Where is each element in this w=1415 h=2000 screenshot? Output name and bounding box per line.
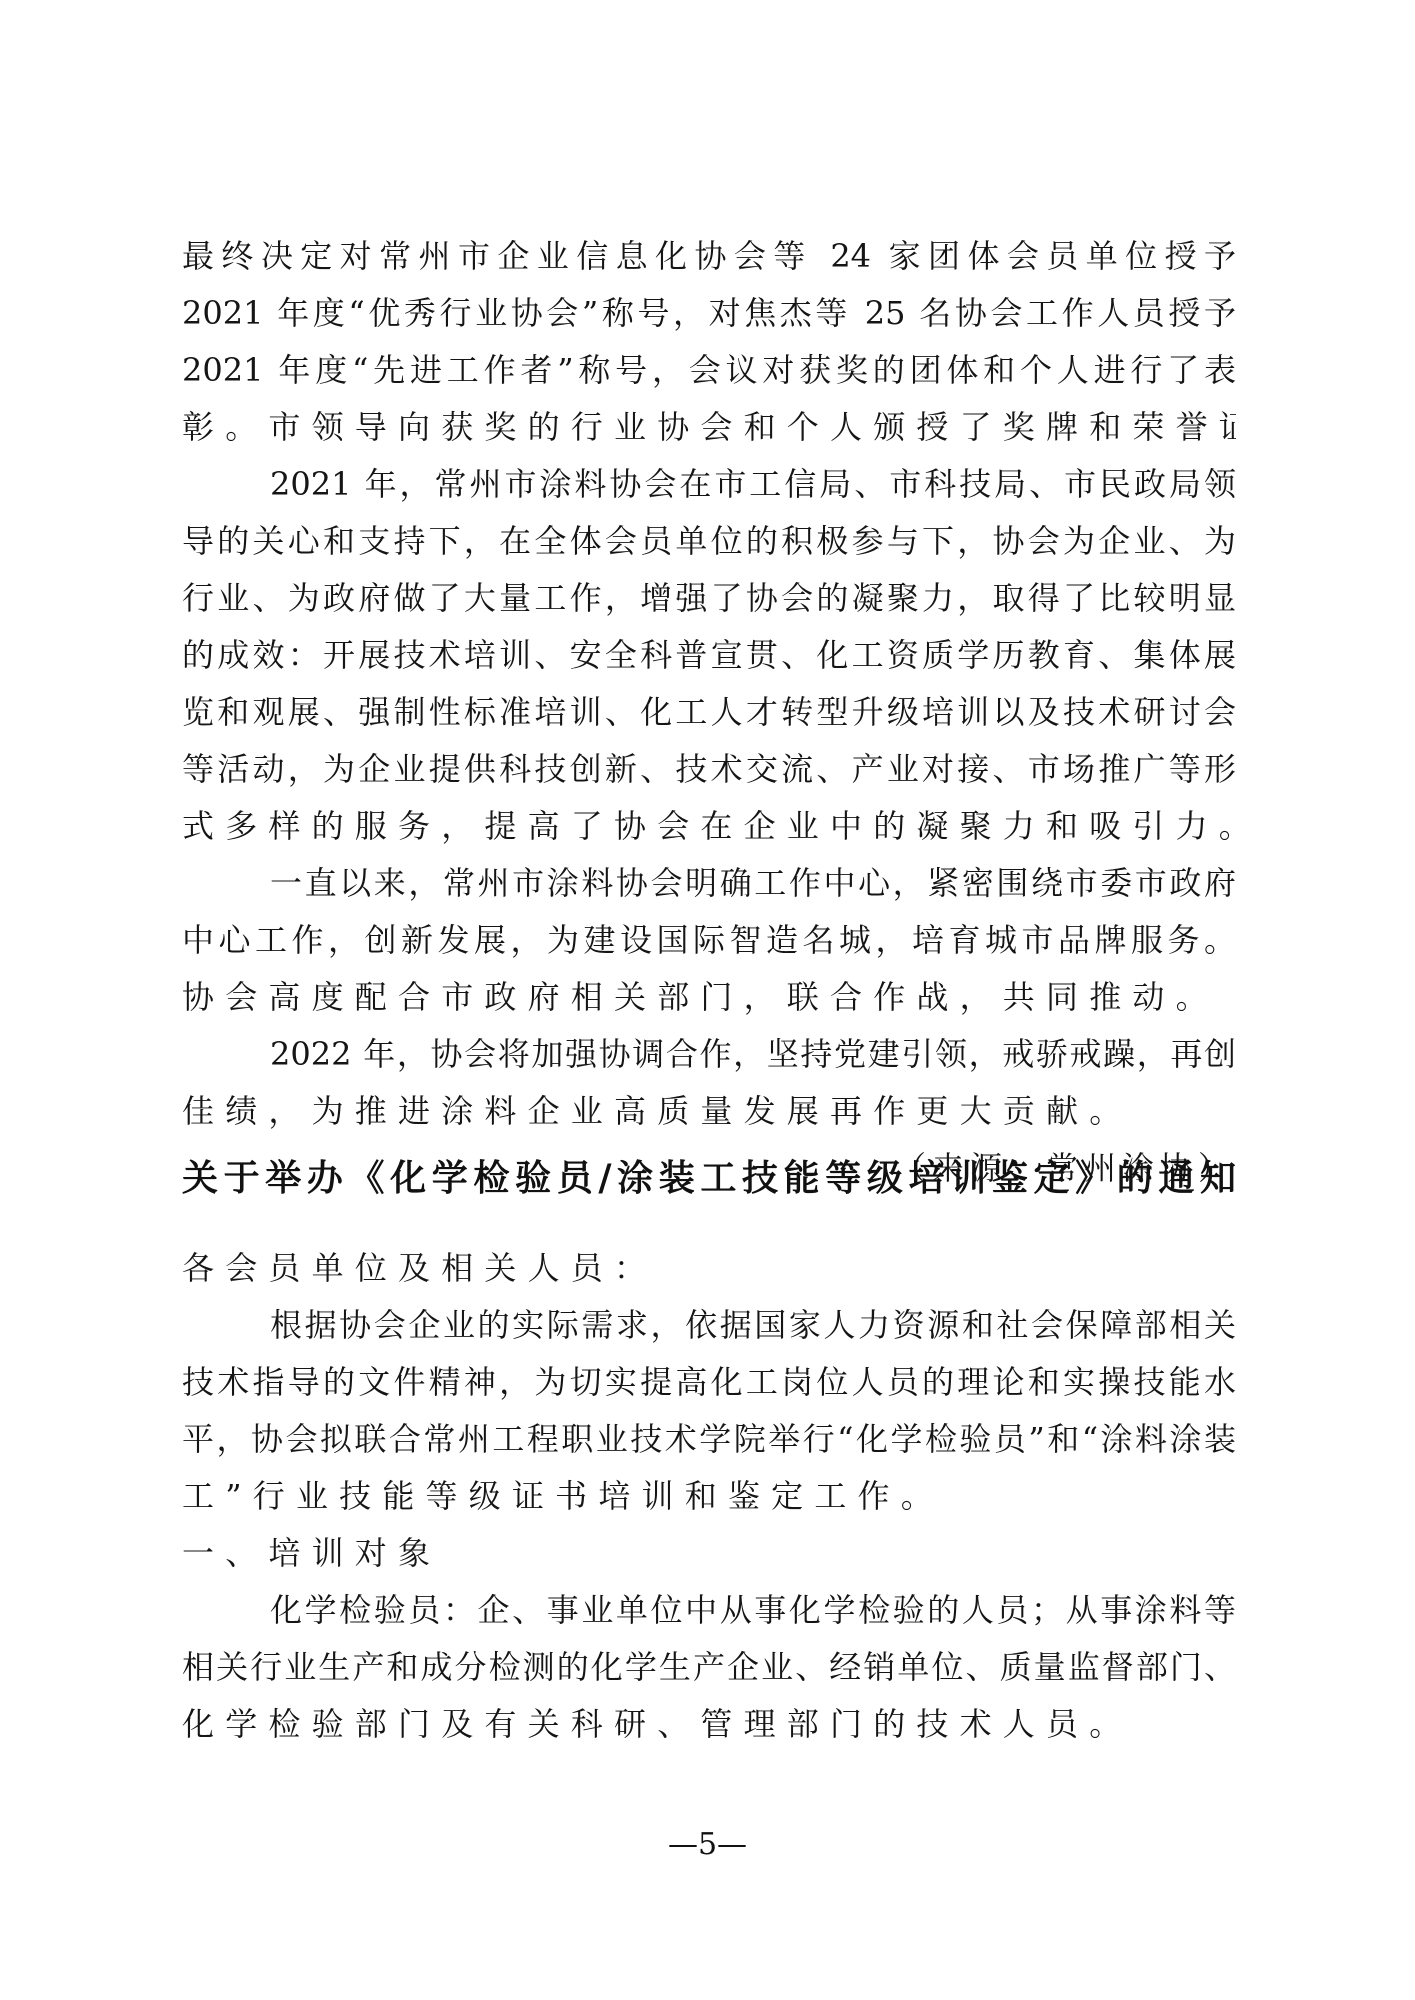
text-line: 2021 年度“先进工作者”称号，会议对获奖的团体和个人进行了表 xyxy=(182,342,1236,399)
section-heading: 一、培训对象 xyxy=(182,1525,1236,1582)
text-line: 技术指导的文件精神，为切实提高化工岗位人员的理论和实操技能水 xyxy=(182,1354,1236,1411)
text-line: 最终决定对常州市企业信息化协会等 24 家团体会员单位授予 xyxy=(182,228,1236,285)
text-line: 一直以来，常州市涂料协会明确工作中心，紧密围绕市委市政府 xyxy=(182,855,1236,912)
text-line: 览和观展、强制性标准培训、化工人才转型升级培训以及技术研讨会 xyxy=(182,684,1236,741)
text-line: 化学检验员：企、事业单位中从事化学检验的人员；从事涂料等 xyxy=(182,1582,1236,1639)
text-line: 的成效：开展技术培训、安全科普宣贯、化工资质学历教育、集体展 xyxy=(182,627,1236,684)
text-line: 相关行业生产和成分检测的化学生产企业、经销单位、质量监督部门、 xyxy=(182,1639,1236,1696)
text-line: 彰。市领导向获奖的行业协会和个人颁授了奖牌和荣誉证书。 xyxy=(182,399,1236,456)
text-line: 化学检验部门及有关科研、管理部门的技术人员。 xyxy=(182,1696,1236,1753)
text-line: 等活动，为企业提供科技创新、技术交流、产业对接、市场推广等形 xyxy=(182,741,1236,798)
text-line: 2022 年，协会将加强协调合作，坚持党建引领，戒骄戒躁，再创 xyxy=(182,1026,1236,1083)
text-line: 根据协会企业的实际需求，依据国家人力资源和社会保障部相关 xyxy=(182,1297,1236,1354)
text-line: 工”行业技能等级证书培训和鉴定工作。 xyxy=(182,1468,1236,1525)
text-line: 式多样的服务，提高了协会在企业中的凝聚力和吸引力。 xyxy=(182,798,1236,855)
text-line: 导的关心和支持下，在全体会员单位的积极参与下，协会为企业、为 xyxy=(182,513,1236,570)
text-line: 平，协会拟联合常州工程职业技术学院举行“化学检验员”和“涂料涂装 xyxy=(182,1411,1236,1468)
text-line: 行业、为政府做了大量工作，增强了协会的凝聚力，取得了比较明显 xyxy=(182,570,1236,627)
text-line: 佳绩，为推进涂料企业高质量发展再作更大贡献。 xyxy=(182,1083,1236,1140)
text-line: 协会高度配合市政府相关部门，联合作战，共同推动。 xyxy=(182,969,1236,1026)
text-line: 2021 年，常州市涂料协会在市工信局、市科技局、市民政局领 xyxy=(182,456,1236,513)
notice-body: 各会员单位及相关人员： 根据协会企业的实际需求，依据国家人力资源和社会保障部相关… xyxy=(182,1240,1236,1753)
article-continuation: 最终决定对常州市企业信息化协会等 24 家团体会员单位授予 2021 年度“优秀… xyxy=(182,228,1236,1197)
notice-title: 关于举办《化学检验员/涂装工技能等级培训鉴定》的通知 xyxy=(182,1148,1236,1208)
text-line: 中心工作，创新发展，为建设国际智造名城，培育城市品牌服务。 xyxy=(182,912,1236,969)
salutation: 各会员单位及相关人员： xyxy=(182,1240,1236,1297)
text-line: 2021 年度“优秀行业协会”称号，对焦杰等 25 名协会工作人员授予 xyxy=(182,285,1236,342)
page-number: —5— xyxy=(0,1825,1415,1865)
